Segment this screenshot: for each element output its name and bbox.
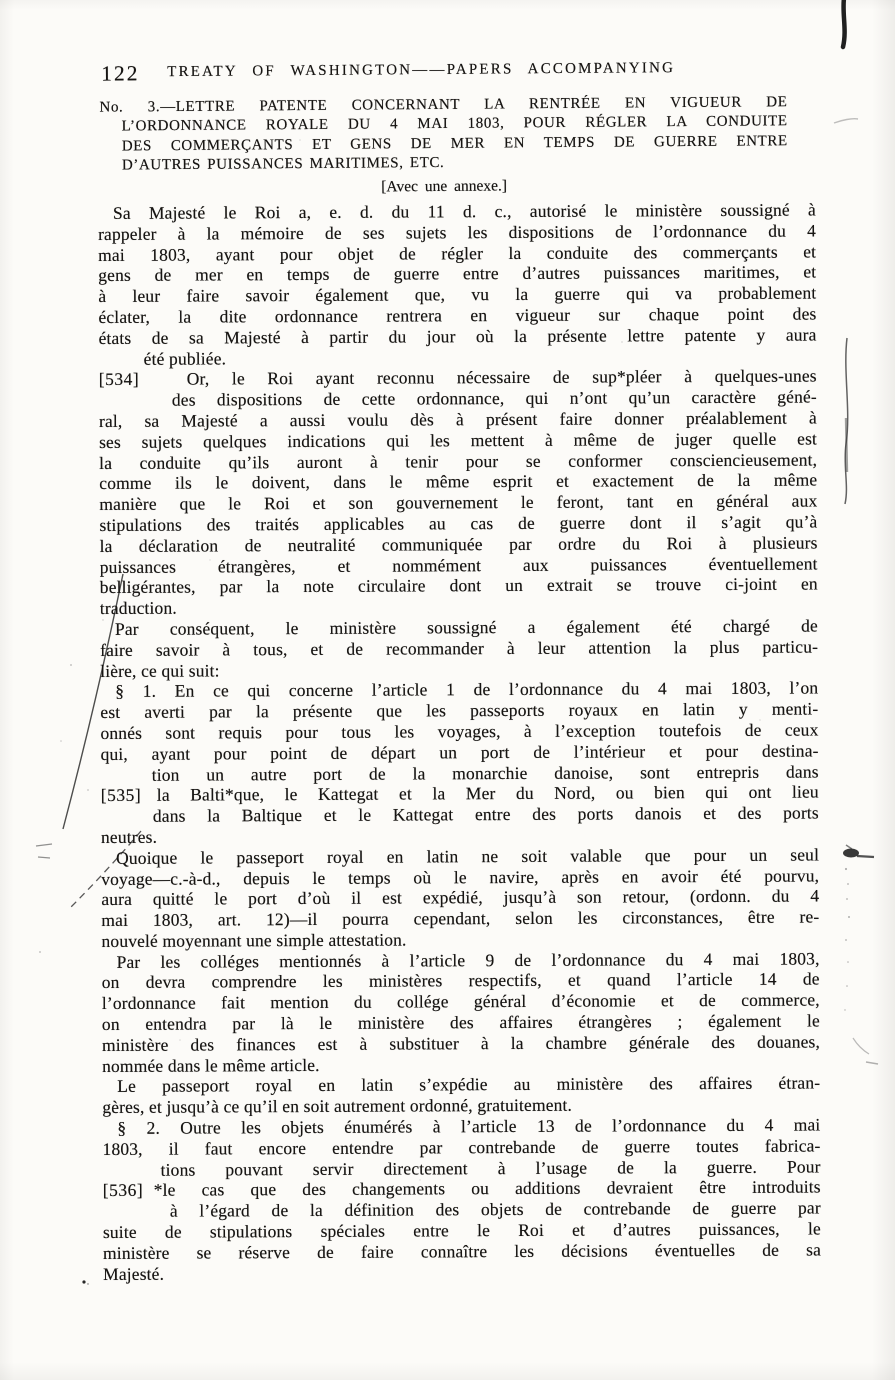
- page-head-block: 122 TREATY OF WASHINGTON——PAPERS ACCOMPA…: [99, 0, 789, 217]
- body-text: Sa Majesté le Roi a, e. d. du 11 d. c., …: [98, 199, 821, 1284]
- page-break-marker: [535]: [101, 785, 142, 806]
- text-line: Majesté.: [103, 1260, 821, 1284]
- heading-line: D’AUTRES PUISSANCES MARITIMES, ETC.: [100, 151, 788, 176]
- page-header: 122 TREATY OF WASHINGTON——PAPERS ACCOMPA…: [99, 56, 787, 85]
- page-break-marker: [534]: [99, 369, 140, 390]
- pen-line: [845, 338, 848, 504]
- running-title: TREATY OF WASHINGTON——PAPERS ACCOMPANYIN…: [99, 59, 787, 81]
- ink-smudge: [843, 0, 845, 47]
- annex-note: [Avec une annexe.]: [100, 175, 788, 198]
- page-break-marker: [536]: [103, 1180, 144, 1201]
- ink-blot: [843, 849, 859, 858]
- scanned-document-page: 122 TREATY OF WASHINGTON——PAPERS ACCOMPA…: [0, 0, 895, 1380]
- document-heading: No. 3.—LETTRE PATENTE CONCERNANT LA RENT…: [99, 93, 788, 176]
